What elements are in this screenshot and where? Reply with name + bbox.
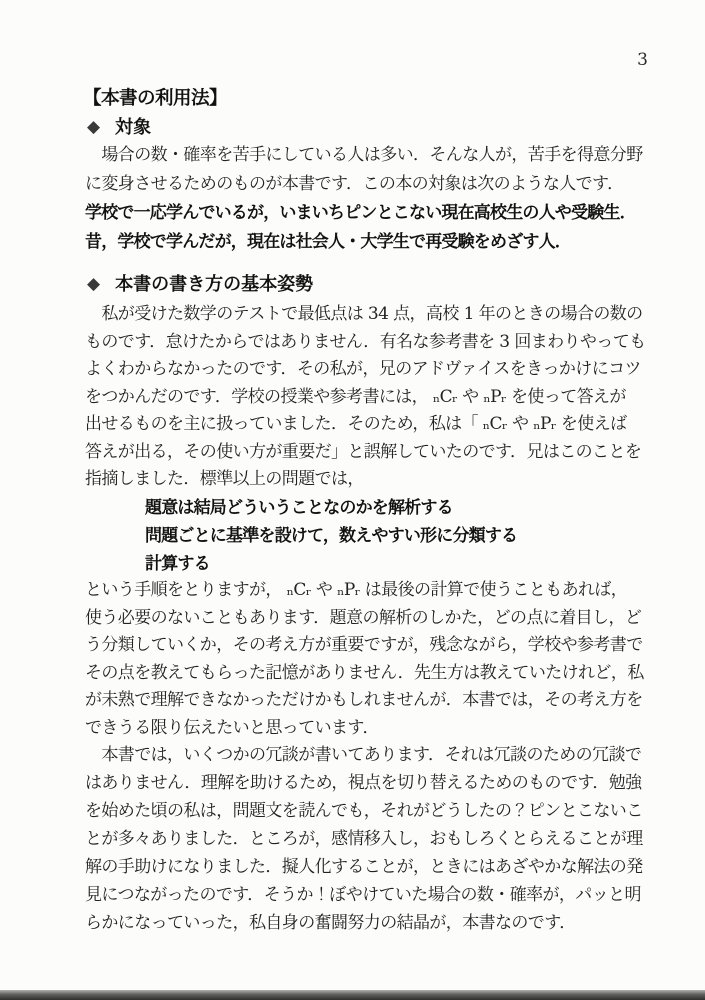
policy-paragraph-1: 私が受けた数学のテストで最低点は 34 点，高校 1 年のときの場合の数のもので… [85,301,646,494]
policy-paragraph-3: 本書では，いくつかの冗談が書いてあります．それは冗談のための冗談ではありません．… [85,741,643,937]
scanned-book-page: 3 【本書の利用法】 ◆対象 場合の数・確率を苦手にしている人は多い．そんな人が… [0,0,705,1000]
text-line: が未熟で理解できなかっただけかもしれませんが．本書では，その考え方を [85,687,644,715]
diamond-bullet-icon: ◆ [87,115,100,139]
page-title: 【本書の利用法】 [83,87,227,111]
text-line: をつかんだのです．学校の授業や参考書には， ₙCᵣ や ₙPᵣ を使って答えが [85,384,646,412]
text-line: 学校で一応学んでいるが，いまいちピンとこない現在高校生の人や受験生． [85,199,636,228]
text-line: 見につながったのです．そうか！ぼやけていた場合の数・確率が，パッと明 [85,881,643,909]
text-line: 計算する [145,550,517,578]
text-line: 問題ごとに基準を設けて，数えやすい形に分類する [145,522,517,550]
text-line: とが多々ありました．ところが，感情移入し，おもしろくとらえることが理 [85,825,643,853]
text-line: う分類していくか，その考え方が重要ですが，残念ながら，学校や参考書で [85,632,644,660]
text-line: その点を教えてもらった記憶がありません．先生方は教えていたけれど，私 [85,660,644,688]
text-line: 本書では，いくつかの冗談が書いてあります．それは冗談のための冗談で [85,741,643,769]
text-line: を始めた頃の私は，問題文を読んでも，それがどうしたの？ピンとこないこ [85,797,643,825]
text-line: 私が受けた数学のテストで最低点は 34 点，高校 1 年のときの場合の数の [85,301,646,329]
section-heading-target-readers: ◆対象 [87,116,151,140]
text-line: に変身させるためのものが本書です．この本の対象は次のような人です． [85,170,643,199]
text-line: 出せるものを主に扱っていました．そのため，私は「 ₙCᵣ や ₙPᵣ を使えば [85,411,646,439]
text-line: 解の手助けになりました．擬人化することが，ときにはあざやかな解法の発 [85,853,643,881]
text-line: ものです．怠けたからではありません．有名な参考書を 3 回まわりやっても [85,329,646,357]
text-line: はありません．理解を助けるため，視点を切り替えるためのものです．勉強 [85,769,643,797]
page-number: 3 [600,50,648,70]
policy-paragraph-2: という手順をとりますが， ₙCᵣ や ₙPᵣ は最後の計算で使うこともあれば，使… [85,577,644,742]
text-line: 昔，学校で学んだが，現在は社会人・大学生で再受験をめざす人． [85,228,636,257]
diamond-bullet-icon: ◆ [87,272,100,296]
text-line: 場合の数・確率を苦手にしている人は多い．そんな人が，苦手を得意分野 [85,141,643,170]
intro-paragraph: 場合の数・確率を苦手にしている人は多い．そんな人が，苦手を得意分野に変身させるた… [85,141,643,199]
text-line: 指摘しました．標準以上の問題では， [85,466,646,494]
section-heading-writing-policy: ◆本書の書き方の基本姿勢 [87,273,313,297]
text-line: らかになっていった，私自身の奮闘努力の結晶が，本書なのです． [85,909,643,937]
text-line: 使う必要のないこともあります．題意の解析のしかた，どの点に着目し，ど [85,605,644,633]
text-line: できうる限り伝えたいと思っています． [85,715,644,743]
text-line: 答えが出る，その使い方が重要だ」と誤解していたのです．兄はこのことを [85,439,646,467]
procedure-bold-lines: 題意は結局どういうことなのかを解析する問題ごとに基準を設けて，数えやすい形に分類… [145,494,517,578]
text-line: 題意は結局どういうことなのかを解析する [145,494,517,522]
section-heading-label: 対象 [115,117,151,138]
text-line: という手順をとりますが， ₙCᵣ や ₙPᵣ は最後の計算で使うこともあれば， [85,577,644,605]
target-readers-bold-lines: 学校で一応学んでいるが，いまいちピンとこない現在高校生の人や受験生．昔，学校で学… [85,199,636,257]
section-heading-label: 本書の書き方の基本姿勢 [115,274,313,295]
scan-edge-shadow [0,990,705,1000]
text-line: よくわからなかったのです．その私が，兄のアドヴァイスをきっかけにコツ [85,356,646,384]
